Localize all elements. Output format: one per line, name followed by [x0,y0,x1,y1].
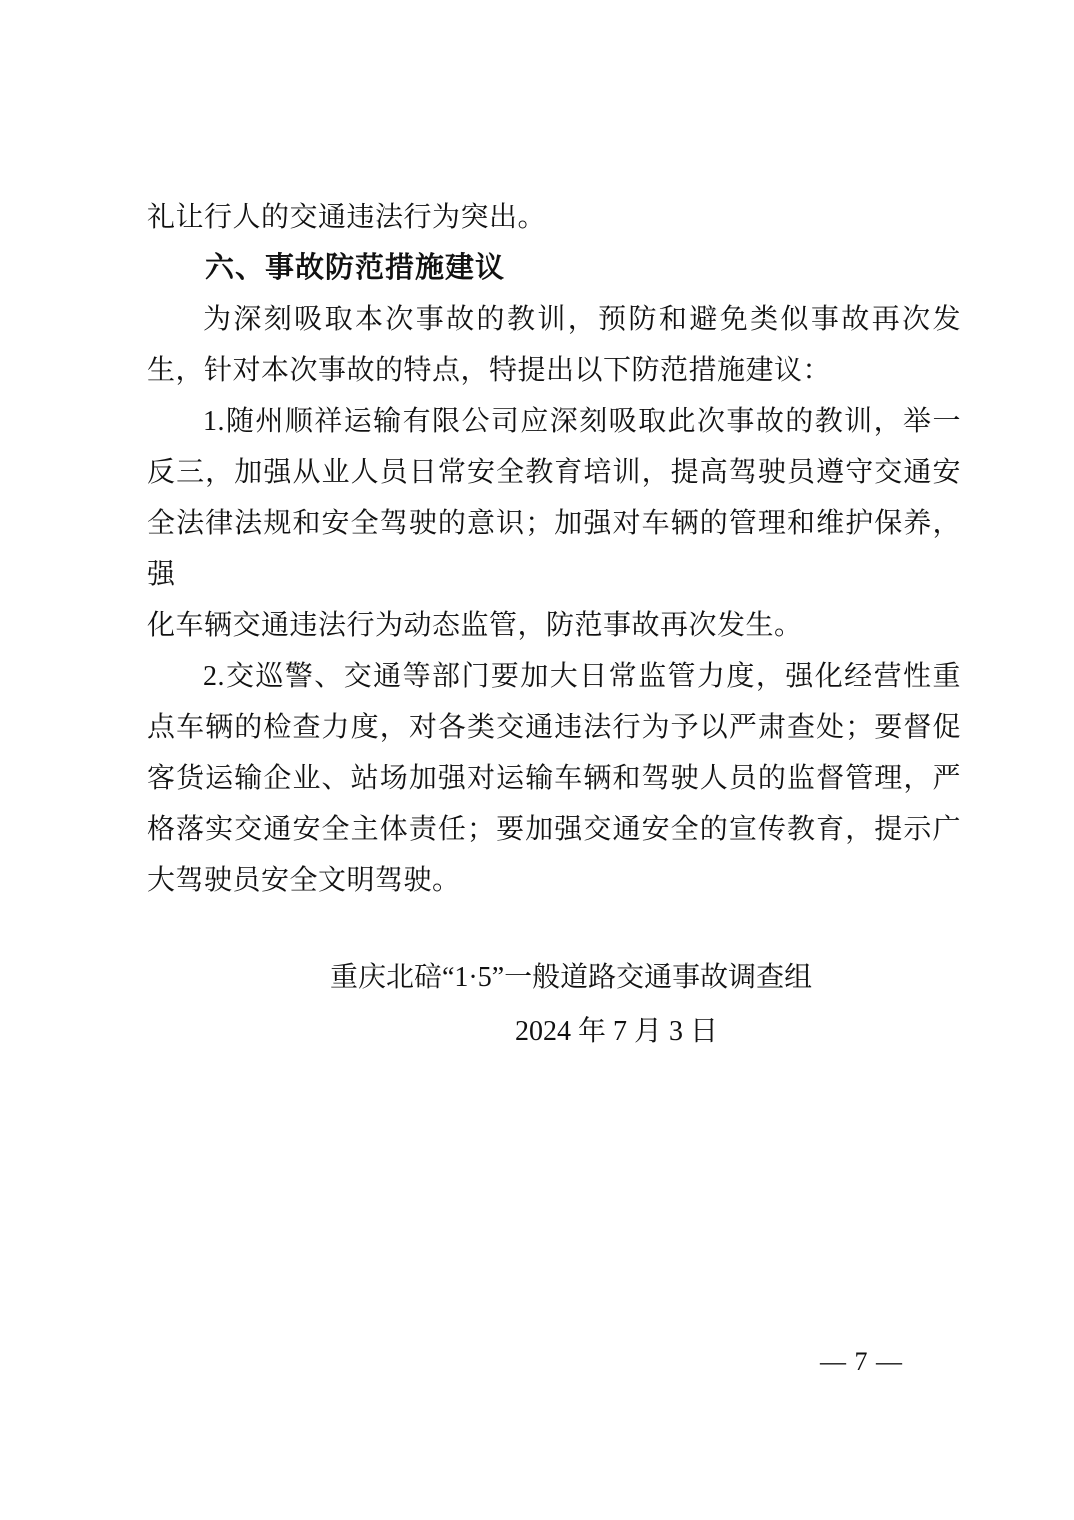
document-page: 礼让行人的交通违法行为突出。 六、事故防范措施建议 为深刻吸取本次事故的教训，预… [0,0,1074,1520]
body-line: 点车辆的检查力度，对各类交通违法行为予以严肃查处；要督促 [147,702,961,753]
body-line: 生，针对本次事故的特点，特提出以下防范措施建议： [147,345,961,396]
body-line: 为深刻吸取本次事故的教训，预防和避免类似事故再次发 [147,294,961,345]
page-number: — 7 — [820,1347,903,1377]
section-heading: 六、事故防范措施建议 [147,243,961,294]
body-line: 化车辆交通违法行为动态监管，防范事故再次发生。 [147,600,961,651]
body-line: 大驾驶员安全文明驾驶。 [147,855,961,906]
document-body: 礼让行人的交通违法行为突出。 六、事故防范措施建议 为深刻吸取本次事故的教训，预… [147,192,961,906]
signature-org: 重庆北碚“1·5”一般道路交通事故调查组 [330,952,812,1003]
body-line: 客货运输企业、站场加强对运输车辆和驾驶人员的监督管理，严 [147,753,961,804]
signature-date: 2024 年 7 月 3 日 [515,1006,718,1057]
body-line-item-1-start: 1.随州顺祥运输有限公司应深刻吸取此次事故的教训，举一 [147,396,961,447]
body-line: 全法律法规和安全驾驶的意识；加强对车辆的管理和维护保养，强 [147,498,961,600]
body-line-item-2-start: 2.交巡警、交通等部门要加大日常监管力度，强化经营性重 [147,651,961,702]
body-line: 反三，加强从业人员日常安全教育培训，提高驾驶员遵守交通安 [147,447,961,498]
body-line: 格落实交通安全主体责任；要加强交通安全的宣传教育，提示广 [147,804,961,855]
body-line-continuation: 礼让行人的交通违法行为突出。 [147,192,961,243]
